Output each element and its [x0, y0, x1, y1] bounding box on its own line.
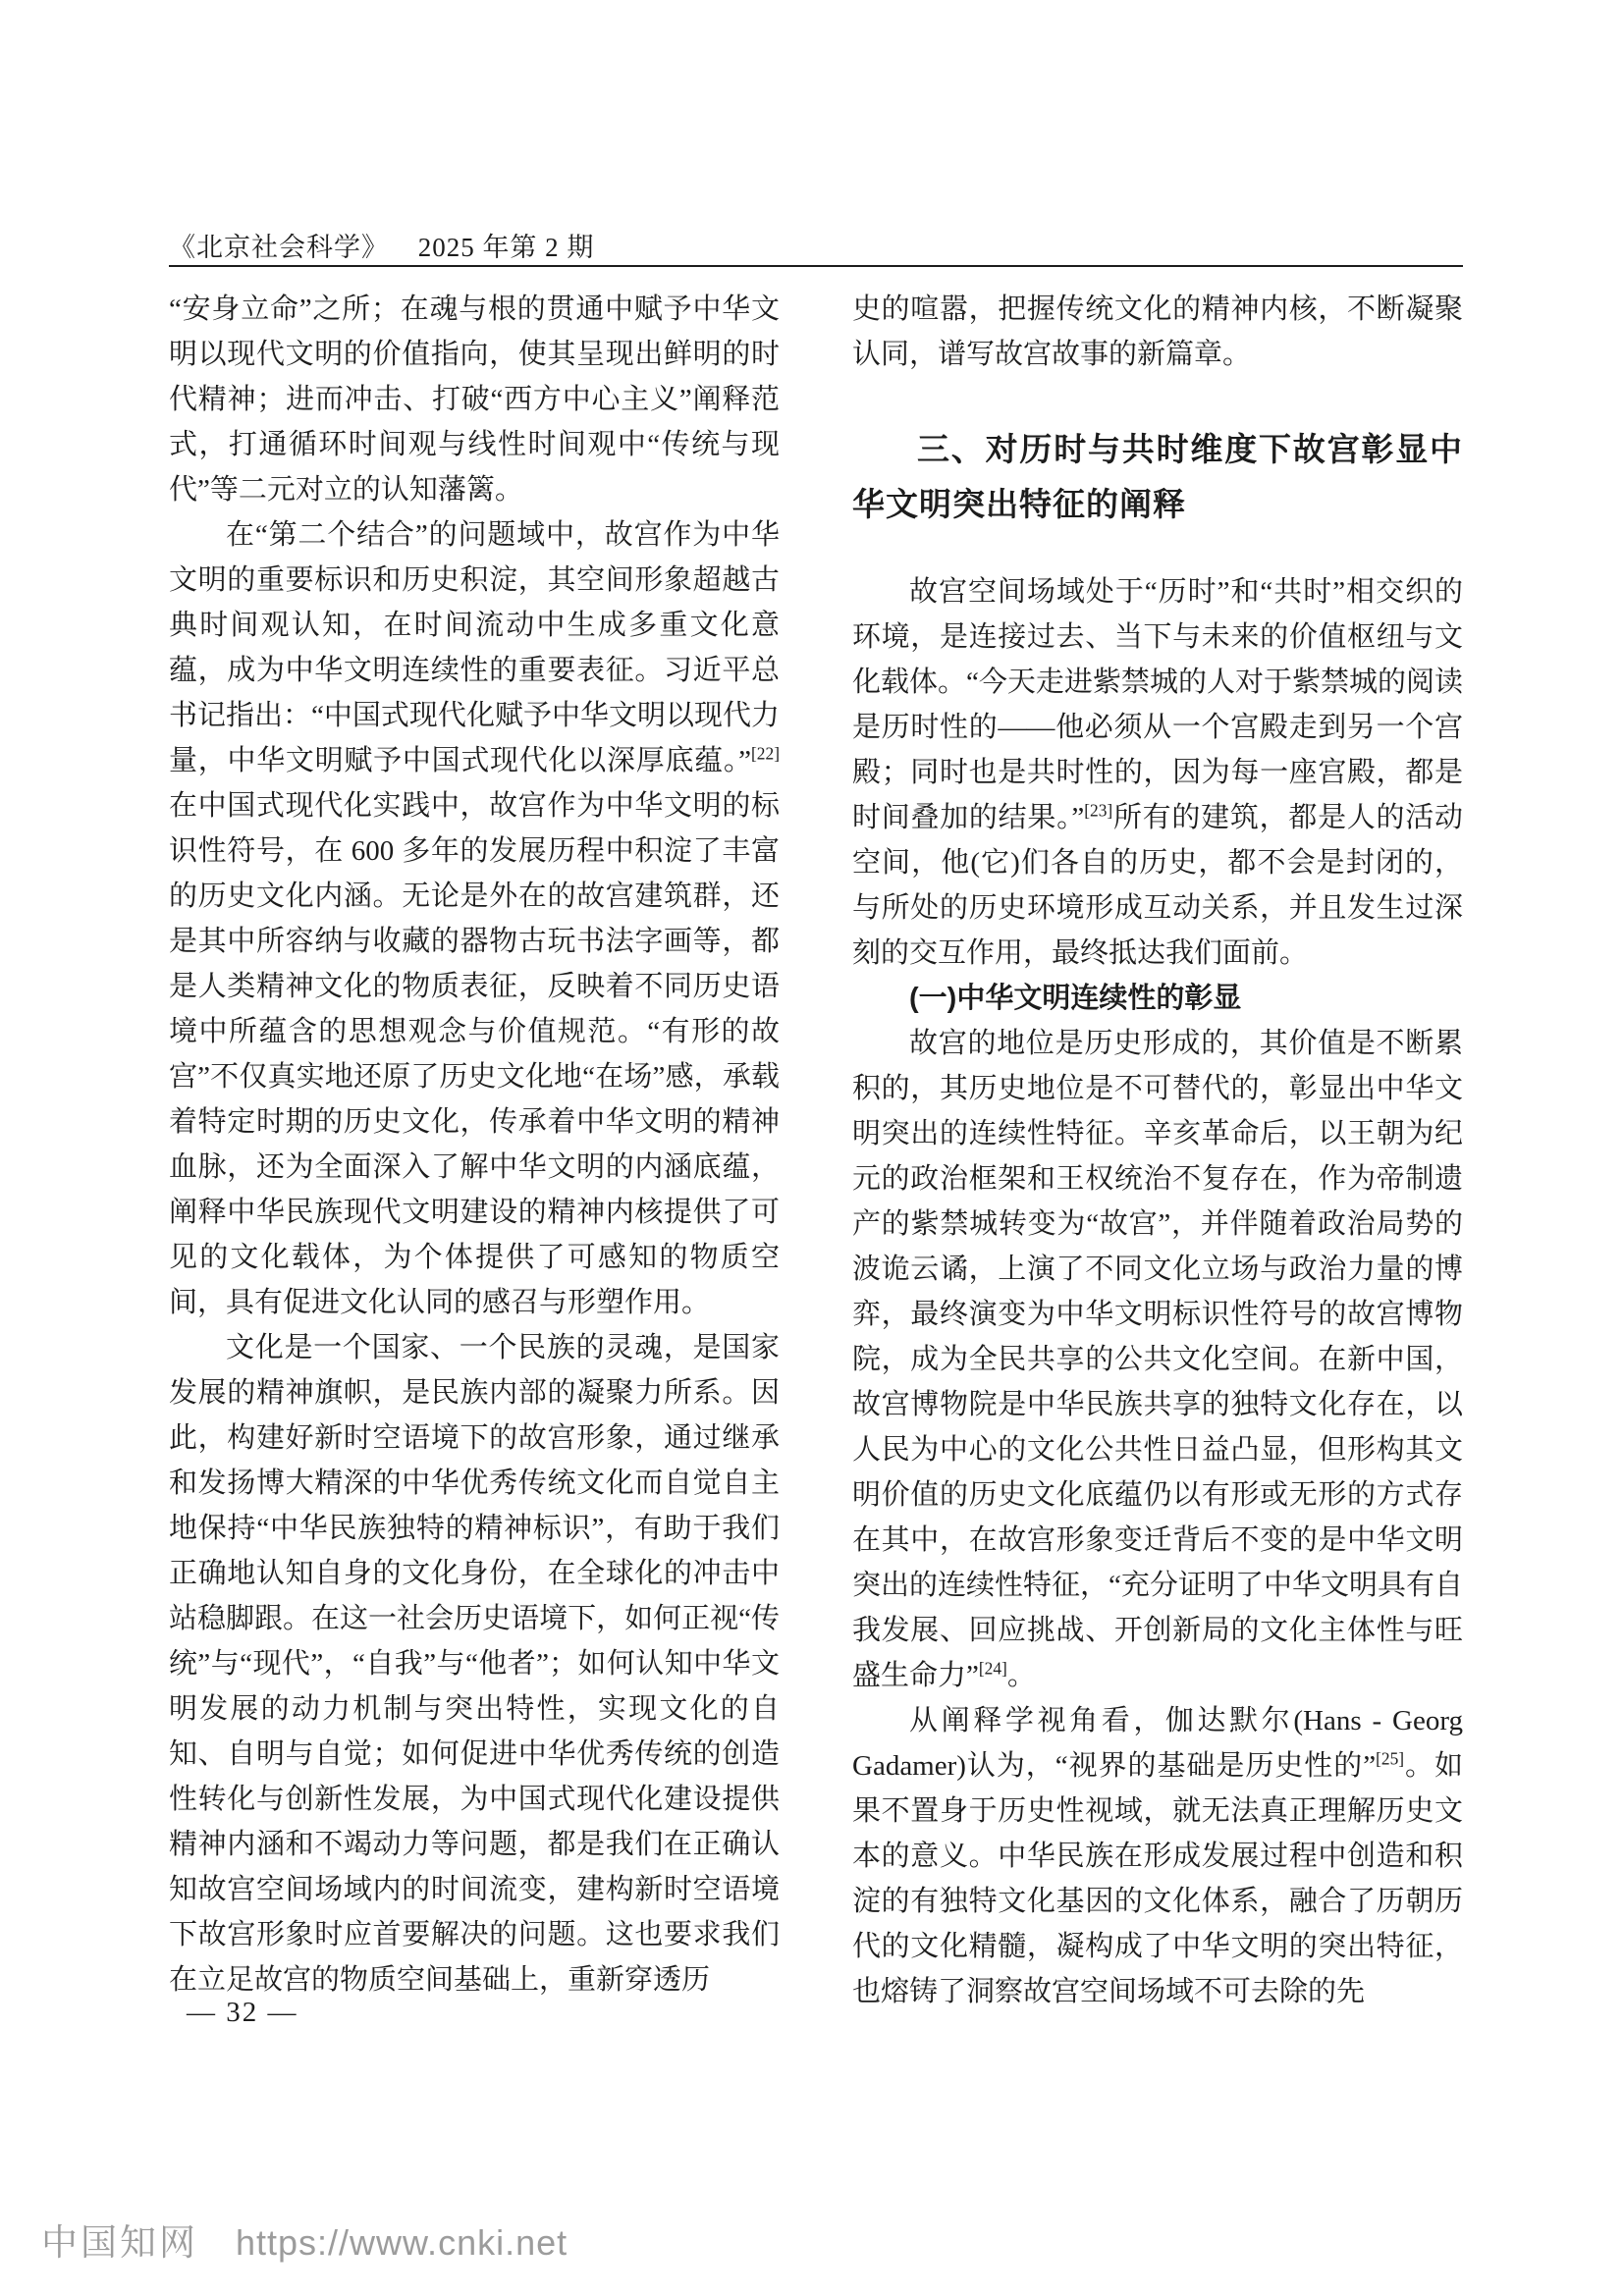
citation-superscript: [22]	[751, 743, 780, 763]
text-run: (一)中华文明连续性的彰显	[909, 983, 1241, 1014]
text-run: 在中国式现代化实践中，故宫作为中华文明的标识性符号，在 600 多年的发展历程中…	[169, 790, 780, 1318]
body-paragraph: 文化是一个国家、一个民族的灵魂，是国家发展的精神旗帜，是民族内部的凝聚力所系。因…	[169, 1325, 780, 2002]
text-run: 从阐释学视角看，伽达默尔(Hans - Georg Gadamer)认为，“视界…	[852, 1705, 1463, 1782]
journal-title: 《北京社会科学》	[169, 233, 389, 262]
header-divider-rule	[169, 265, 1463, 267]
text-run: 故宫空间场域处于“历时”和“共时”相交织的环境，是连接过去、当下与未来的价值枢纽…	[852, 576, 1463, 833]
citation-superscript: [25]	[1376, 1748, 1404, 1768]
text-run: 文化是一个国家、一个民族的灵魂，是国家发展的精神旗帜，是民族内部的凝聚力所系。因…	[169, 1332, 780, 1996]
text-run: 史的喧嚣，把握传统文化的精神内核，不断凝聚认同，谱写故宫故事的新篇章。	[852, 294, 1463, 370]
page-header: 《北京社会科学》2025 年第 2 期	[169, 226, 594, 264]
citation-superscript: [24]	[979, 1658, 1007, 1678]
text-run: 在“第二个结合”的问题域中，故宫作为中华文明的重要标识和历史积淀，其空间形象超越…	[169, 519, 780, 776]
cnki-footer: 中国知网 https://www.cnki.net	[41, 2213, 568, 2266]
text-run: 。	[1007, 1660, 1036, 1691]
body-paragraph: 故宫空间场域处于“历时”和“共时”相交织的环境，是连接过去、当下与未来的价值枢纽…	[852, 569, 1463, 976]
text-run: 故宫的地位是历史形成的，其价值是不断累积的，其历史地位是不可替代的，彰显出中华文…	[852, 1028, 1463, 1691]
body-paragraph: 故宫的地位是历史形成的，其价值是不断累积的，其历史地位是不可替代的，彰显出中华文…	[852, 1021, 1463, 1698]
text-run: 三、对历时与共时维度下故宫彰显中华文明突出特征的阐释	[852, 431, 1463, 522]
citation-superscript: [23]	[1084, 800, 1112, 820]
body-paragraph: 从阐释学视角看，伽达默尔(Hans - Georg Gadamer)认为，“视界…	[852, 1698, 1463, 2014]
body-paragraph: 在“第二个结合”的问题域中，故宫作为中华文明的重要标识和历史积淀，其空间形象超越…	[169, 512, 780, 1325]
cnki-brand-label: 中国知网	[41, 2213, 198, 2266]
text-run: 。如果不置身于历史性视域，就无法真正理解历史文本的意义。中华民族在形成发展过程中…	[852, 1750, 1463, 2007]
cnki-site-url: https://www.cnki.net	[236, 2222, 568, 2264]
section-heading: 三、对历时与共时维度下故宫彰显中华文明突出特征的阐释	[852, 422, 1463, 532]
body-paragraph: 史的喧嚣，把握传统文化的精神内核，不断凝聚认同，谱写故宫故事的新篇章。	[852, 287, 1463, 377]
left-column: “安身立命”之所；在魂与根的贯通中赋予中华文明以现代文明的价值指向，使其呈现出鲜…	[169, 287, 780, 2002]
text-run: “安身立命”之所；在魂与根的贯通中赋予中华文明以现代文明的价值指向，使其呈现出鲜…	[169, 294, 780, 506]
page-number: — 32 —	[187, 1997, 298, 2029]
body-paragraph: “安身立命”之所；在魂与根的贯通中赋予中华文明以现代文明的价值指向，使其呈现出鲜…	[169, 287, 780, 512]
right-column: 史的喧嚣，把握传统文化的精神内核，不断凝聚认同，谱写故宫故事的新篇章。三、对历时…	[852, 287, 1463, 2014]
subsection-heading: (一)中华文明连续性的彰显	[852, 976, 1463, 1021]
journal-issue: 2025 年第 2 期	[418, 233, 595, 262]
journal-page: 《北京社会科学》2025 年第 2 期 “安身立命”之所；在魂与根的贯通中赋予中…	[0, 0, 1623, 2296]
